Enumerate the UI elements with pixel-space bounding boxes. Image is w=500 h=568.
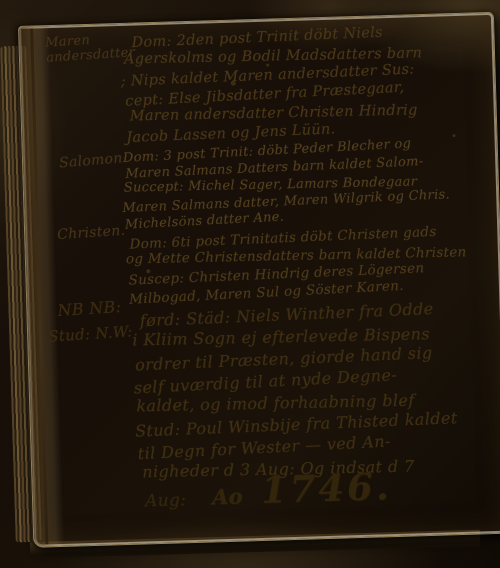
margin-note-christen: Christen.	[57, 223, 126, 243]
margin-note-nb: NB NB:	[57, 297, 122, 320]
anno-abbreviation: Ao	[212, 484, 244, 510]
year-line: Aug:Ao1746.	[144, 464, 392, 515]
margin-note-stud-nw: Stud: N.W:	[48, 322, 133, 345]
margin-note-salomon: Salomon	[58, 150, 123, 171]
year-numerals: 1746.	[260, 464, 392, 512]
ink-speck	[452, 134, 455, 137]
photo-background: Maren andersdatter Salomon Christen. NB …	[0, 0, 500, 568]
year-month-label: Aug:	[145, 490, 187, 511]
manuscript-page: Maren andersdatter Salomon Christen. NB …	[18, 12, 500, 548]
